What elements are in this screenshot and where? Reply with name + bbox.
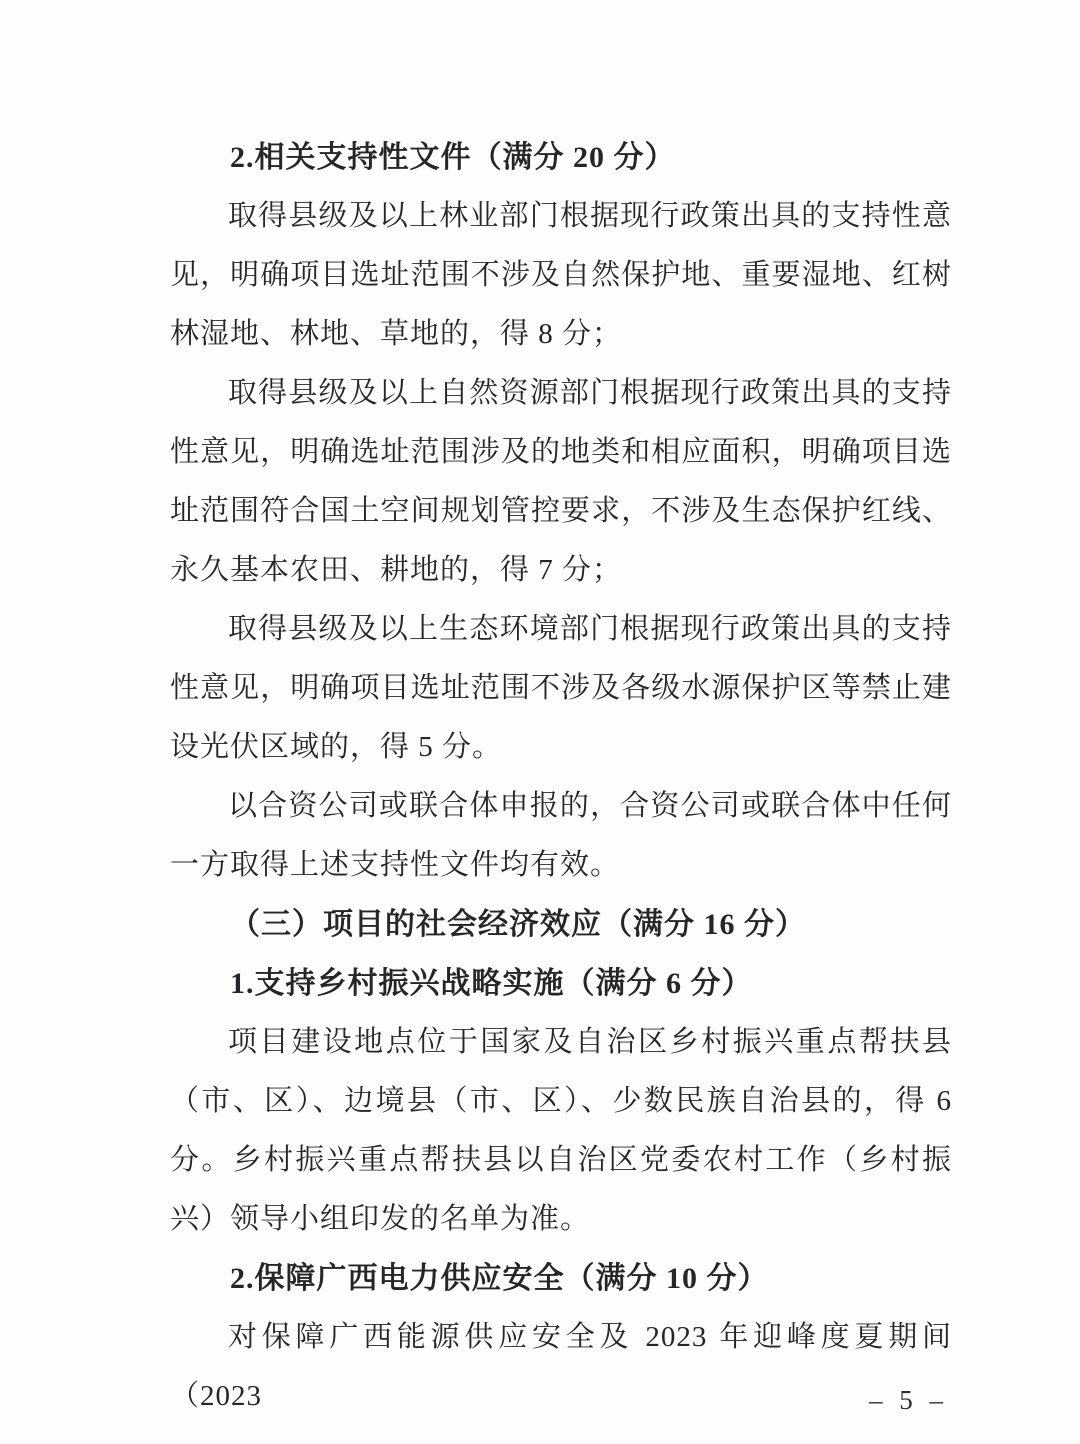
paragraph-ecology-environment-opinion: 取得县级及以上生态环境部门根据现行政策出具的支持性意见，明确项目选址范围不涉及各… (170, 600, 952, 777)
document-body: 2.相关支持性文件（满分 20 分） 取得县级及以上林业部门根据现行政策出具的支… (170, 128, 952, 1426)
paragraph-joint-venture-validity: 以合资公司或联合体申报的，合资公司或联合体中任何一方取得上述支持性文件均有效。 (170, 777, 952, 895)
paragraph-forestry-opinion: 取得县级及以上林业部门根据现行政策出具的支持性意见，明确项目选址范围不涉及自然保… (170, 187, 952, 364)
paragraph-power-supply-security-detail: 对保障广西能源供应安全及 2023 年迎峰度夏期间（2023 (170, 1308, 952, 1426)
section-heading-social-economic-effect: （三）项目的社会经济效应（满分 16 分） (170, 895, 952, 954)
section-heading-supporting-documents: 2.相关支持性文件（满分 20 分） (170, 128, 952, 187)
section-heading-power-supply-security: 2.保障广西电力供应安全（满分 10 分） (170, 1249, 952, 1308)
paragraph-natural-resources-opinion: 取得县级及以上自然资源部门根据现行政策出具的支持性意见，明确选址范围涉及的地类和… (170, 364, 952, 600)
paragraph-rural-revitalization-detail: 项目建设地点位于国家及自治区乡村振兴重点帮扶县（市、区）、边境县（市、区）、少数… (170, 1013, 952, 1249)
section-heading-rural-revitalization: 1.支持乡村振兴战略实施（满分 6 分） (170, 954, 952, 1013)
scanned-document-page: 2.相关支持性文件（满分 20 分） 取得县级及以上林业部门根据现行政策出具的支… (0, 0, 1080, 1444)
page-number: – 5 – (869, 1385, 948, 1416)
